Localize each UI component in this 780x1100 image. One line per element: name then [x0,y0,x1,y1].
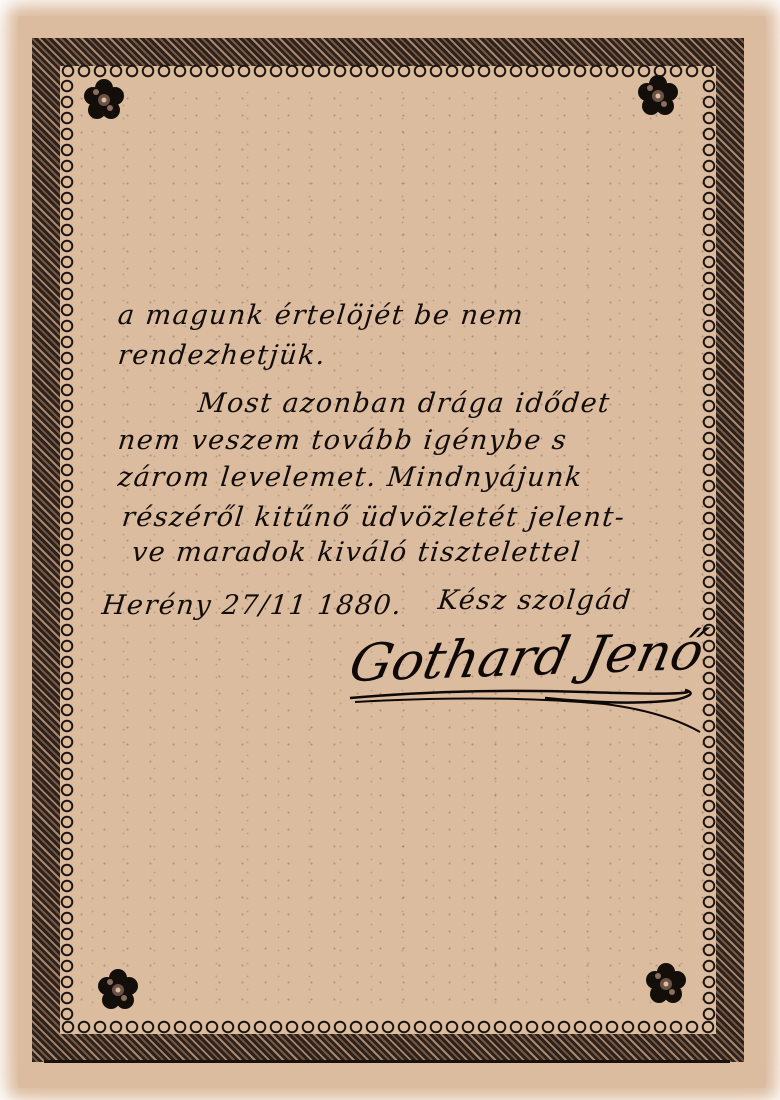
letter-line: nem veszem tovább igénybe s [116,425,569,456]
letter-body: a magunk értelöjét be nem rendezhetjük. … [0,0,780,1100]
place-and-date: Herény 27/11 1880. [100,590,404,621]
letter-line: zárom levelemet. Mindnyájunk [116,462,584,493]
valediction: Kész szolgád [436,585,633,616]
letter-line: rendezhetjük. [116,340,327,371]
letter-line: a magunk értelöjét be nem [116,300,525,331]
letter-line: részéről kitűnő üdvözletét jelent- [120,502,627,533]
letter-line: ve maradok kiváló tisztelettel [130,537,582,568]
letter-line: Most azonban drága idődet [196,388,612,419]
signature-flourish [345,680,705,740]
